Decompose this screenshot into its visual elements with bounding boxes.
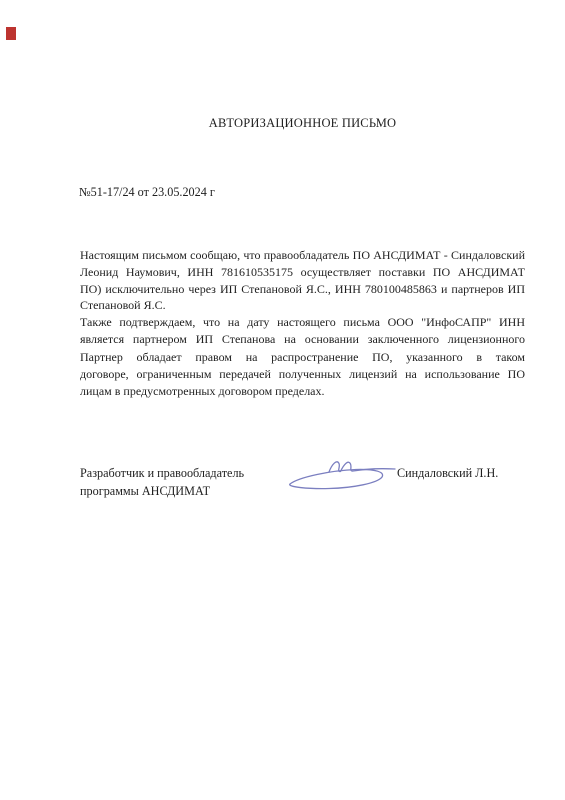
text-line: Степановой Я.С. [80, 297, 525, 314]
text-line: Настоящим письмом сообщаю, что правообла… [80, 247, 525, 264]
text-line: является партнером ИП Степанова на основ… [80, 331, 525, 348]
paragraph-3: Партнер обладает правом на распространен… [80, 349, 525, 399]
signer-role-line: Разработчик и правообладатель [80, 464, 244, 482]
paragraph-2: Также подтверждаем, что на дату настояще… [80, 314, 525, 348]
signature-block: Разработчик и правообладатель программы … [80, 464, 525, 514]
signature-squiggle-stroke [329, 462, 395, 472]
text-line: Партнер обладает правом на распространен… [80, 349, 525, 366]
text-line: Леонид Наумович, ИНН 781610535175 осущес… [80, 264, 525, 281]
text-line: ПО) исключительно через ИП Степановой Я.… [80, 281, 525, 298]
text-line: договоре, ограниченным передачей получен… [80, 366, 525, 383]
red-marker-icon [6, 27, 16, 40]
signatory-name: Синдаловский Л.Н. [397, 464, 498, 482]
reference-number: №51-17/24 от 23.05.2024 г [79, 184, 215, 200]
signer-role-line: программы АНСДИМАТ [80, 482, 244, 500]
text-line: Также подтверждаем, что на дату настояще… [80, 314, 525, 331]
signature-loop-stroke [290, 469, 383, 488]
signer-role-label: Разработчик и правообладатель программы … [80, 464, 244, 500]
text-line: лицам в предусмотренных договором предел… [80, 383, 525, 400]
paragraph-1: Настоящим письмом сообщаю, что правообла… [80, 247, 525, 314]
letter-page: АВТОРИЗАЦИОННОЕ ПИСЬМО №51-17/24 от 23.0… [0, 0, 565, 800]
handwritten-signature [283, 455, 398, 497]
document-title: АВТОРИЗАЦИОННОЕ ПИСЬМО [80, 116, 525, 131]
red-marker-shape [6, 27, 16, 40]
